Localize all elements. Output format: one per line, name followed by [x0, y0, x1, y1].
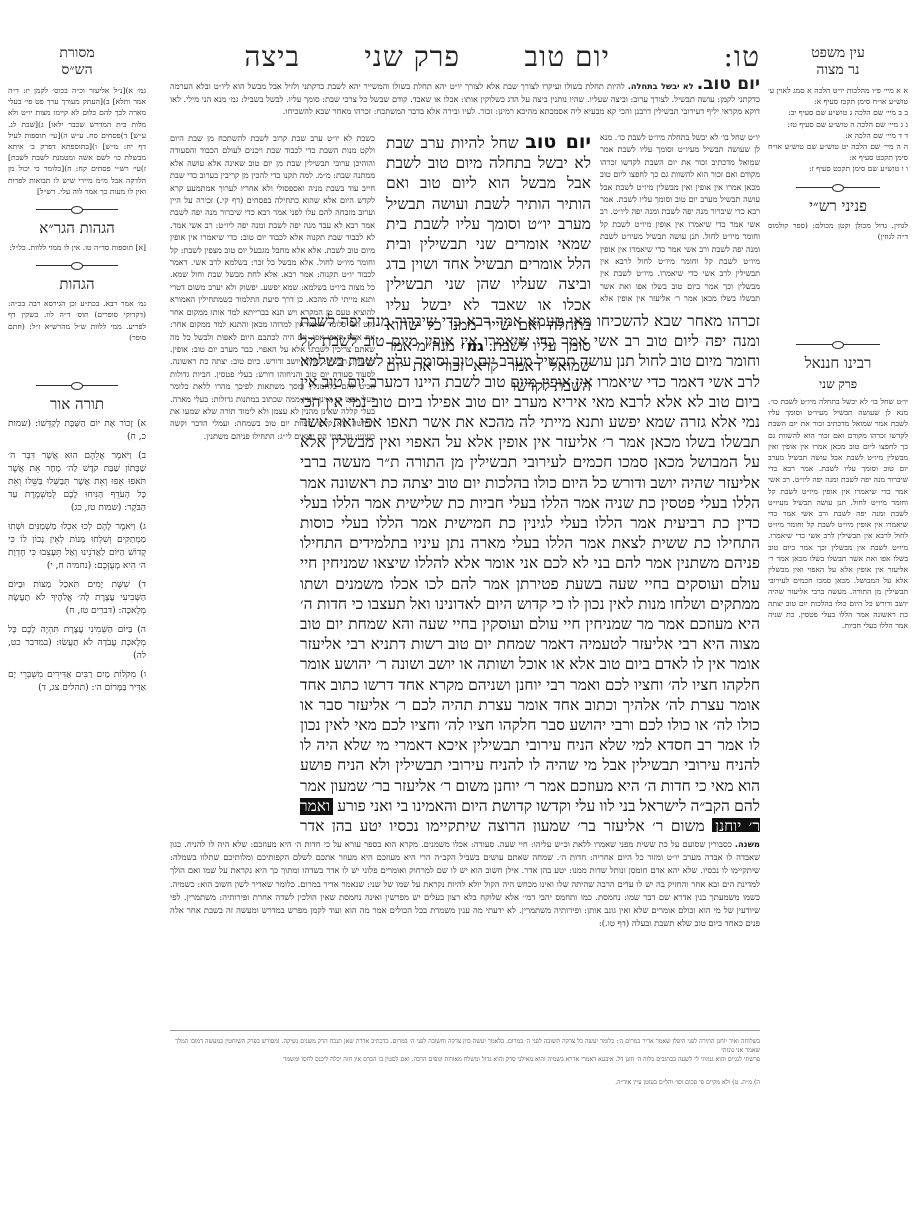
left-margin: מסורת הש״ס גמ׳ א)[נ״ל אליעזר וכ״ה בכוס׳ …: [8, 45, 146, 695]
rashi-top: יום טוב. לא יבשל בתחלה. להיות תחלת בשולו…: [170, 78, 760, 118]
page-header: טו: יום טוב פרק שני ביצה: [170, 40, 760, 76]
rashi-dibbur: לא יבשל בתחלה.: [628, 81, 694, 91]
gra-title: הגהות הגר״א: [8, 219, 146, 238]
rashi-right-column: יו״ט שחל בו׳ לא יבשל בתחלה מיו״ט לשבת כו…: [600, 132, 760, 307]
ornament-divider: [768, 183, 908, 191]
footnotes: בשלוחה ואיר יוחנן התירה לפני היפלן שאמר …: [170, 1030, 760, 1087]
masechet-name: ביצה: [244, 40, 300, 74]
rashi-bottom-lead: משנה.: [735, 839, 760, 849]
gra-text: [א] תוספות סד״ה טו. אין לו ממוי ללוות. כ…: [8, 242, 146, 253]
talmud-page: טו: יום טוב פרק שני ביצה עין משפט נר מצו…: [0, 0, 914, 1213]
gemara-text-1: זכרהו מאחר שבא להשכיחו מאי טעמא אמר רבא …: [300, 313, 760, 815]
torah-or-entry: ד) שִׁשֶּׁת יָמִים תֹּאכַל מַצּוֹת וּבַי…: [8, 579, 146, 618]
torah-or-title: תורה אור: [8, 395, 146, 414]
ein-mishpat-entry: א א מיי׳ פ״ו מהלכות יו״ט הלכה א סמג לאוי…: [768, 85, 908, 107]
rashi-bottom: משנה. כסבורין שסועם על כת ששית מפני שאמר…: [170, 838, 760, 930]
hagahot-title: הגהות: [8, 275, 146, 294]
right-margin: עין משפט נר מצוה א א מיי׳ פ״ו מהלכות יו״…: [768, 45, 908, 631]
daf-number: טו:: [723, 40, 760, 74]
perek-number: פרק שני: [364, 40, 460, 74]
ornament-divider: [768, 340, 908, 348]
rashi-opening-word: יום טוב.: [697, 74, 760, 94]
ornament-divider: [8, 261, 146, 269]
pninei-rashi-title: פניני רש״י: [768, 197, 908, 216]
torah-or-entry: ג) וַיֹּאמֶר לָהֶם לְכוּ אִכְלוּ מַשְׁמַ…: [8, 521, 146, 573]
ein-mishpat-entry: ב ב מיי׳ שם הלכה ג טוש״ע שם סעיף יב:: [768, 107, 908, 118]
torah-or-entry: ו) מִקֹּלוֹת מַיִם רַבִּים אַדִּירִים מִ…: [8, 669, 146, 695]
torah-or-entry: א) זָכוֹר אֶת יוֹם הַשַּׁבָּת לְקַדְּשׁו…: [8, 418, 146, 444]
torah-or-entry: ה) בַּיּוֹם הַשְּׁמִינִי עֲצֶרֶת תִּהְיֶ…: [8, 624, 146, 663]
pninei-rashi-text: לגוזין. גדול מכולן וקטן מכולם: (ספר קולמ…: [768, 220, 908, 242]
ein-mishpat-entry: ו ו טוש״ע שם סימן תקכט סעיף ז:: [768, 163, 908, 174]
mishnah-opening-word: יום טוב: [525, 131, 591, 153]
ornament-divider: [8, 205, 146, 213]
footnote-line-1: בשלוחה ואיר יוחנן התירה לפני היפלן שאמר …: [170, 1037, 760, 1055]
rabbeinu-chananel-text: יו״ט שחל בו׳ לא יבשל בתחלה מיו״ט לשבת כו…: [768, 396, 908, 631]
masoret-text: גמ׳ א)[נ״ל אליעזר וכ״ה בכוס׳ לקמן יז: ד״…: [8, 85, 146, 197]
rashi-bottom-text: כסבורין שסועם על כת ששית מפני שאמרו ללאת…: [170, 839, 760, 928]
ein-mishpat-entry: ה ה מיי׳ שם הלכה יט טוש״ע שם טוש״ע או״ח …: [768, 141, 908, 163]
gemara-text-2: משום ר׳ אליעזר בר׳ שמעון הרוצה שיתקיימו …: [300, 818, 760, 832]
hagahot-text: גמ׳ אמר רבא. בכת״ע וכן הגירסא רבה בכ״ה: …: [8, 298, 146, 343]
ein-mishpat-entry: ד ד מיי׳ שם הלכה א:: [768, 130, 908, 141]
ein-mishpat-entry: ג ג מיי׳ שם הלכה ה טוש״ע שם סעיף טז:: [768, 119, 908, 130]
gemara-main: זכרהו מאחר שבא להשכיחו מאי טעמא אמר רבא …: [300, 312, 760, 832]
rashi-right-text: יו״ט שחל בו׳ לא יבשל בתחלה מיו״ט לשבת כו…: [600, 133, 760, 307]
ein-mishpat-subtitle: נר מצוה: [768, 62, 908, 79]
perek-name: יום טוב: [525, 40, 610, 74]
footnote-line-2: פרשתי לנגיים והוא גנוזתי לי לשעה בכתובים…: [170, 1055, 760, 1064]
ein-mishpat-title: עין משפט: [768, 45, 908, 62]
footnote-a: ה) מ״ת. ט) ולא מקיים פי סכום וסו׳ והל״ם …: [170, 1078, 760, 1087]
torah-or-entry: ב) וַיֹּאמֶר אֲלֵהֶם הוּא אֲשֶׁר דִּבֶּר…: [8, 450, 146, 515]
rabbeinu-chananel-subtitle: פרק שני: [768, 377, 908, 392]
ornament-divider: [8, 381, 146, 389]
masoret-subtitle: הש״ס: [8, 62, 146, 79]
rabbeinu-chananel-title: רבינו חננאל: [768, 354, 908, 373]
masoret-title: מסורת: [8, 45, 146, 62]
